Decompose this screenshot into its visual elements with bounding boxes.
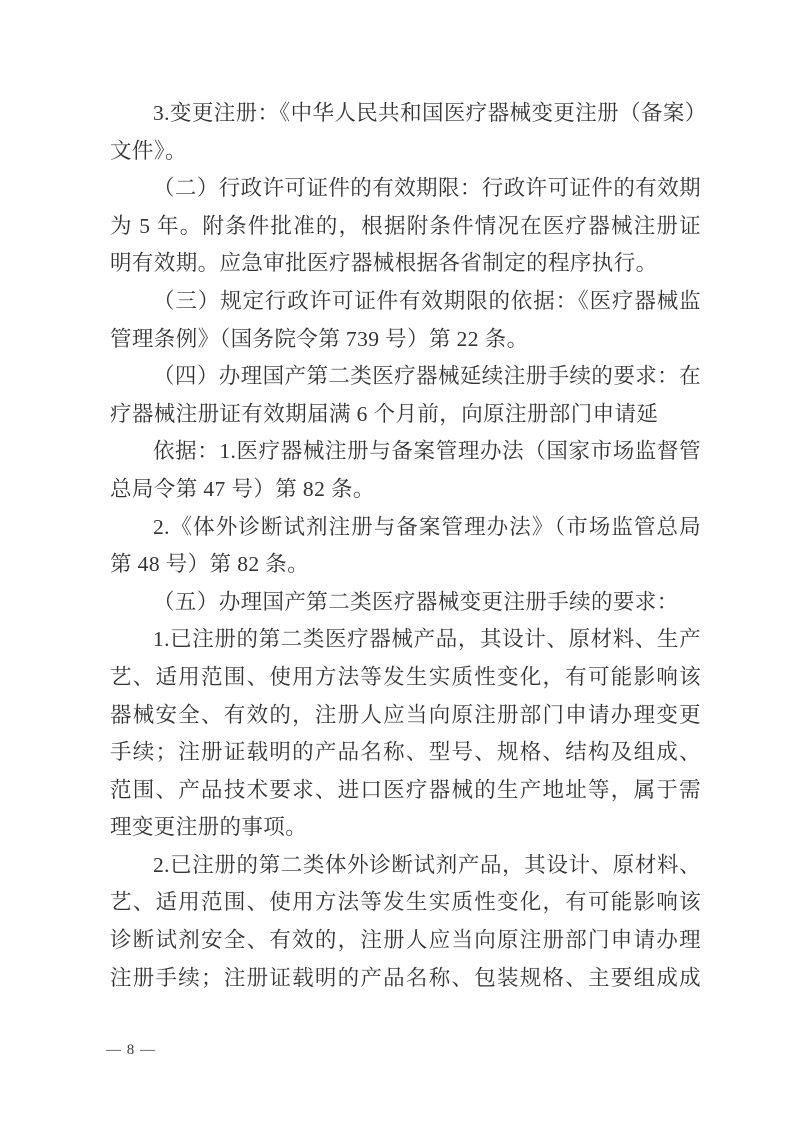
text-line: 第 48 号）第 82 条。 <box>110 546 701 584</box>
text-line: 器械安全、有效的，注册人应当向原注册部门申请办理变更注册 <box>110 697 701 735</box>
paragraph: （四）办理国产第二类医疗器械延续注册手续的要求：在医疗器械注册证有效期届满 6 … <box>110 358 701 433</box>
text-line: 为 5 年。附条件批准的，根据附条件情况在医疗器械注册证中载 <box>110 208 701 246</box>
paragraph: （五）办理国产第二类医疗器械变更注册手续的要求： <box>110 584 701 622</box>
text-line: 依据：1.医疗器械注册与备案管理办法（国家市场监督管理 <box>110 433 701 471</box>
paragraph: 2.《体外诊断试剂注册与备案管理办法》（市场监管总局令第 48 号）第 82 条… <box>110 509 701 584</box>
text-line: 范围、产品技术要求、进口医疗器械的生产地址等，属于需要办 <box>110 772 701 810</box>
paragraph: （三）规定行政许可证件有效期限的依据：《医疗器械监督管理条例》（国务院令第 73… <box>110 283 701 358</box>
text-line: 诊断试剂安全、有效的，注册人应当向原注册部门申请办理变更 <box>110 922 701 960</box>
text-line: 2.《体外诊断试剂注册与备案管理办法》（市场监管总局令 <box>110 509 701 547</box>
text-line: 理变更注册的事项。 <box>110 809 701 847</box>
paragraph: 依据：1.医疗器械注册与备案管理办法（国家市场监督管理总局令第 47 号）第 8… <box>110 433 701 508</box>
text-line: 注册手续；注册证载明的产品名称、包装规格、主要组成成分、预 <box>110 960 701 998</box>
text-line: 3.变更注册：《中华人民共和国医疗器械变更注册（备案） <box>110 95 701 133</box>
text-line: 艺、适用范围、使用方法等发生实质性变化，有可能影响该医疗 <box>110 659 701 697</box>
text-line: 1.已注册的第二类医疗器械产品，其设计、原材料、生产工 <box>110 621 701 659</box>
text-line: 2.已注册的第二类体外诊断试剂产品，其设计、原材料、生产工 <box>110 847 701 885</box>
document-body: 3.变更注册：《中华人民共和国医疗器械变更注册（备案）文件》。（二）行政许可证件… <box>110 95 701 997</box>
text-line: 艺、适用范围、使用方法等发生实质性变化，有可能影响该体外 <box>110 884 701 922</box>
text-line: （三）规定行政许可证件有效期限的依据：《医疗器械监督 <box>110 283 701 321</box>
text-line: （二）行政许可证件的有效期限：行政许可证件的有效期限 <box>110 170 701 208</box>
text-line: 明有效期。应急审批医疗器械根据各省制定的程序执行。 <box>110 245 701 283</box>
paragraph: 2.已注册的第二类体外诊断试剂产品，其设计、原材料、生产工艺、适用范围、使用方法… <box>110 847 701 997</box>
text-line: 管理条例》（国务院令第 739 号）第 22 条。 <box>110 321 701 359</box>
text-line: 文件》。 <box>110 133 701 171</box>
text-line: （四）办理国产第二类医疗器械延续注册手续的要求：在医 <box>110 358 701 396</box>
paragraph: 1.已注册的第二类医疗器械产品，其设计、原材料、生产工艺、适用范围、使用方法等发… <box>110 621 701 847</box>
text-line: 手续；注册证载明的产品名称、型号、规格、结构及组成、适用 <box>110 734 701 772</box>
paragraph: 3.变更注册：《中华人民共和国医疗器械变更注册（备案）文件》。 <box>110 95 701 170</box>
text-line: （五）办理国产第二类医疗器械变更注册手续的要求： <box>110 584 701 622</box>
paragraph: （二）行政许可证件的有效期限：行政许可证件的有效期限为 5 年。附条件批准的，根… <box>110 170 701 283</box>
document-page: 3.变更注册：《中华人民共和国医疗器械变更注册（备案）文件》。（二）行政许可证件… <box>0 0 800 1131</box>
page-number: — 8 — <box>106 1040 156 1060</box>
text-line: 总局令第 47 号）第 82 条。 <box>110 471 701 509</box>
text-line: 疗器械注册证有效期届满 6 个月前，向原注册部门申请延续。 <box>110 396 701 434</box>
